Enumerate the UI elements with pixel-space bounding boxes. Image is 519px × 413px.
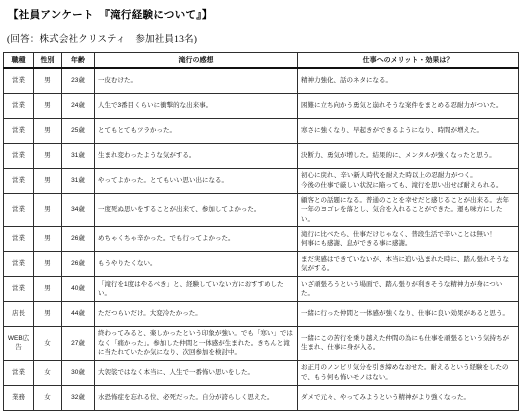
cell-job: 営業 [4, 93, 34, 118]
cell-age: 24歳 [62, 93, 95, 118]
cell-gender: 男 [34, 168, 62, 193]
table-row: 営業 男 26歳 めちゃくちゃ辛かった。でも行ってよかった。 滝行に比べたら、仕… [4, 227, 519, 252]
cell-gender: 女 [34, 327, 62, 361]
cell-gender: 男 [34, 193, 62, 227]
table-row: 営業 男 40歳 「滝行を1度はやるべき」と、経験していない方におすすめしたい。… [4, 277, 519, 302]
table-row: 営業 男 34歳 一度死ぬ思いをすることが出来て、参加してよかった。 顧客との話… [4, 193, 519, 227]
cell-job: 店長 [4, 302, 34, 327]
response-info: (回答：株式会社クリスティ 参加社員13名) [2, 22, 517, 52]
cell-age: 40歳 [62, 277, 95, 302]
header-row: 職種性別年齢滝行の感想仕事へのメリット・効果は？ [4, 53, 519, 69]
cell-gender: 男 [34, 68, 62, 93]
table-row: 営業 男 23歳 一皮むけた。 精神力強化、話のネタになる。 [4, 68, 519, 93]
cell-impression: とてもとてもツラかった。 [95, 118, 298, 143]
cell-age: 30歳 [62, 360, 95, 385]
column-header-1: 性別 [34, 53, 62, 69]
cell-merit: 滝行に比べたら、仕事だけじゃなく、普段生活で辛いことは無い！ 何事にも感謝、息が… [298, 227, 519, 252]
cell-impression: 大袈裟ではなく本当に、人生で一番怖い思いをした。 [95, 360, 298, 385]
cell-merit: 一緒に行った仲間と一体感が強くなり、仕事に良い効果があると思う。 [298, 302, 519, 327]
cell-age: 23歳 [62, 68, 95, 93]
cell-merit: 決断力、勇気が増した。結果的に、メンタルが強くなったと思う。 [298, 143, 519, 168]
survey-table: 職種性別年齢滝行の感想仕事へのメリット・効果は？ 営業 男 23歳 一皮むけた。… [3, 52, 519, 411]
cell-job: 営業 [4, 193, 34, 227]
cell-job: 業務 [4, 385, 34, 410]
table-row: 営業 男 31歳 生まれ変わったような気がする。 決断力、勇気が増した。結果的に… [4, 143, 519, 168]
cell-merit: お正月のノンビリ気分を引き締めなおせた。耐えるという経験をしたので、もう何も怖い… [298, 360, 519, 385]
cell-job: 営業 [4, 168, 34, 193]
cell-merit: ダメで元々、やってみようという精神がより強くなった。 [298, 385, 519, 410]
cell-job: WEB広告 [4, 327, 34, 361]
cell-age: 34歳 [62, 193, 95, 227]
table-row: 営業 男 24歳 人生で3番目くらいに衝撃的な出来事。 困難に立ち向かう勇気と崩… [4, 93, 519, 118]
cell-job: 営業 [4, 143, 34, 168]
cell-age: 44歳 [62, 302, 95, 327]
cell-merit: まだ実感はできていないが、本当に追い込まれた時に、踏ん張れそうな気がする。 [298, 252, 519, 277]
cell-impression: 一度死ぬ思いをすることが出来て、参加してよかった。 [95, 193, 298, 227]
cell-impression: 「滝行を1度はやるべき」と、経験していない方におすすめしたい。 [95, 277, 298, 302]
cell-merit: 寒さに強くなり、早起きができるようになり、時間が増えた。 [298, 118, 519, 143]
table-row: 業務 女 32歳 水恐怖症を忘れる位、必死だった。自分が誇らしく思えた。 ダメで… [4, 385, 519, 410]
table-row: WEB広告 女 27歳 終わってみると、楽しかったという印象が強い。でも「寒い」… [4, 327, 519, 361]
cell-job: 営業 [4, 360, 34, 385]
cell-gender: 男 [34, 302, 62, 327]
table-row: 営業 男 25歳 とてもとてもツラかった。 寒さに強くなり、早起きができるように… [4, 118, 519, 143]
cell-merit: 初心に戻れ、辛い新人時代を耐えた時以上の忍耐力がつく。 今後の仕事で厳しい状況に… [298, 168, 519, 193]
cell-merit: いざ頑張ろうという場面で、踏ん張りが利きそうな精神力が身についた。 [298, 277, 519, 302]
cell-age: 26歳 [62, 252, 95, 277]
cell-gender: 女 [34, 385, 62, 410]
survey-table-header: 職種性別年齢滝行の感想仕事へのメリット・効果は？ [4, 53, 519, 69]
table-row: 店長 男 44歳 ただつらいだけ。大変冷たかった。 一緒に行った仲間と一体感が強… [4, 302, 519, 327]
cell-gender: 男 [34, 277, 62, 302]
cell-merit: 一緒にこの苦行を乗り越えた仲間の為にも仕事を頑張るという気持ちが生まれ、仕事に身… [298, 327, 519, 361]
cell-job: 営業 [4, 252, 34, 277]
table-row: 営業 女 30歳 大袈裟ではなく本当に、人生で一番怖い思いをした。 お正月のノン… [4, 360, 519, 385]
table-row: 営業 男 31歳 やってよかった。とてもいい思い出になる。 初心に戻れ、辛い新人… [4, 168, 519, 193]
survey-table-body: 営業 男 23歳 一皮むけた。 精神力強化、話のネタになる。 営業 男 24歳 … [4, 68, 519, 410]
cell-impression: やってよかった。とてもいい思い出になる。 [95, 168, 298, 193]
column-header-4: 仕事へのメリット・効果は？ [298, 53, 519, 69]
cell-gender: 女 [34, 360, 62, 385]
column-header-0: 職種 [4, 53, 34, 69]
cell-job: 営業 [4, 277, 34, 302]
cell-job: 営業 [4, 118, 34, 143]
cell-age: 27歳 [62, 327, 95, 361]
cell-impression: 人生で3番目くらいに衝撃的な出来事。 [95, 93, 298, 118]
cell-gender: 男 [34, 93, 62, 118]
cell-impression: 水恐怖症を忘れる位、必死だった。自分が誇らしく思えた。 [95, 385, 298, 410]
cell-impression: 一皮むけた。 [95, 68, 298, 93]
cell-gender: 男 [34, 227, 62, 252]
cell-gender: 男 [34, 118, 62, 143]
cell-age: 26歳 [62, 227, 95, 252]
survey-document: 【社員アンケート 『滝行経験について』】 (回答：株式会社クリスティ 参加社員1… [0, 0, 519, 413]
cell-impression: めちゃくちゃ辛かった。でも行ってよかった。 [95, 227, 298, 252]
cell-gender: 男 [34, 143, 62, 168]
table-row: 営業 男 26歳 もうやりたくない。 まだ実感はできていないが、本当に追い込まれ… [4, 252, 519, 277]
cell-age: 25歳 [62, 118, 95, 143]
cell-age: 31歳 [62, 143, 95, 168]
cell-age: 31歳 [62, 168, 95, 193]
cell-job: 営業 [4, 68, 34, 93]
cell-age: 32歳 [62, 385, 95, 410]
cell-impression: もうやりたくない。 [95, 252, 298, 277]
column-header-3: 滝行の感想 [95, 53, 298, 69]
column-header-2: 年齢 [62, 53, 95, 69]
page-title: 【社員アンケート 『滝行経験について』】 [2, 4, 517, 22]
cell-merit: 顧客との話題になる。普通のことを幸せだと感じることが出来る。去年一年のヨゴレを落… [298, 193, 519, 227]
cell-merit: 精神力強化、話のネタになる。 [298, 68, 519, 93]
cell-impression: 終わってみると、楽しかったという印象が強い。でも「寒い」ではなく「痛かった」。参… [95, 327, 298, 361]
cell-merit: 困難に立ち向かう勇気と崩れそうな案件をまとめる忍耐力がついた。 [298, 93, 519, 118]
cell-gender: 男 [34, 252, 62, 277]
cell-impression: 生まれ変わったような気がする。 [95, 143, 298, 168]
cell-job: 営業 [4, 227, 34, 252]
cell-impression: ただつらいだけ。大変冷たかった。 [95, 302, 298, 327]
